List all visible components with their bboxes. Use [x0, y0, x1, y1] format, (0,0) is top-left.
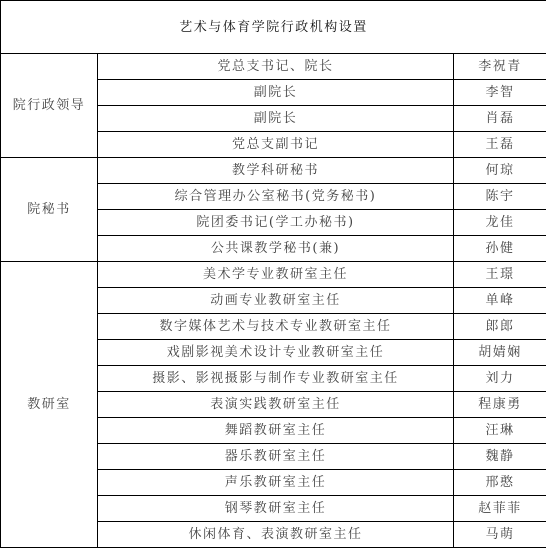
- role-cell: 院团委书记(学工办秘书): [98, 210, 454, 236]
- person-cell: 程康勇: [454, 392, 546, 418]
- person-cell: 汪琳: [454, 418, 546, 444]
- person-cell: 何琼: [454, 158, 546, 184]
- table-row: 教研室 美术学专业教研室主任 王璟: [1, 262, 546, 288]
- person-cell: 王磊: [454, 132, 546, 158]
- role-cell: 数字媒体艺术与技术专业教研室主任: [98, 314, 454, 340]
- person-cell: 马萌: [454, 522, 546, 548]
- role-cell: 声乐教研室主任: [98, 470, 454, 496]
- person-cell: 孙健: [454, 236, 546, 262]
- org-structure-document: 艺术与体育学院行政机构设置 院行政领导 党总支书记、院长 李祝青 副院长 李智 …: [0, 0, 546, 548]
- role-cell: 戏剧影视美术设计专业教研室主任: [98, 340, 454, 366]
- person-cell: 单峰: [454, 288, 546, 314]
- person-cell: 李智: [454, 80, 546, 106]
- role-cell: 公共课教学秘书(兼): [98, 236, 454, 262]
- person-cell: 胡婧娴: [454, 340, 546, 366]
- role-cell: 党总支书记、院长: [98, 54, 454, 80]
- table-row: 院秘书 教学科研秘书 何琼: [1, 158, 546, 184]
- person-cell: 郎郎: [454, 314, 546, 340]
- person-cell: 龙佳: [454, 210, 546, 236]
- person-cell: 刘力: [454, 366, 546, 392]
- person-cell: 赵菲菲: [454, 496, 546, 522]
- role-cell: 舞蹈教研室主任: [98, 418, 454, 444]
- person-cell: 王璟: [454, 262, 546, 288]
- role-cell: 器乐教研室主任: [98, 444, 454, 470]
- role-cell: 综合管理办公室秘书(党务秘书): [98, 184, 454, 210]
- role-cell: 教学科研秘书: [98, 158, 454, 184]
- table-title: 艺术与体育学院行政机构设置: [1, 1, 546, 54]
- role-cell: 美术学专业教研室主任: [98, 262, 454, 288]
- role-cell: 副院长: [98, 106, 454, 132]
- role-cell: 表演实践教研室主任: [98, 392, 454, 418]
- table-row: 院行政领导 党总支书记、院长 李祝青: [1, 54, 546, 80]
- role-cell: 党总支副书记: [98, 132, 454, 158]
- person-cell: 李祝青: [454, 54, 546, 80]
- role-cell: 动画专业教研室主任: [98, 288, 454, 314]
- person-cell: 陈宇: [454, 184, 546, 210]
- role-cell: 副院长: [98, 80, 454, 106]
- org-structure-table: 艺术与体育学院行政机构设置 院行政领导 党总支书记、院长 李祝青 副院长 李智 …: [0, 0, 546, 548]
- person-cell: 肖磊: [454, 106, 546, 132]
- role-cell: 摄影、影视摄影与制作专业教研室主任: [98, 366, 454, 392]
- role-cell: 休闲体育、表演教研室主任: [98, 522, 454, 548]
- group-label-secretaries: 院秘书: [1, 158, 98, 262]
- person-cell: 邢憨: [454, 470, 546, 496]
- role-cell: 钢琴教研室主任: [98, 496, 454, 522]
- group-label-leadership: 院行政领导: [1, 54, 98, 158]
- group-label-teaching-research: 教研室: [1, 262, 98, 548]
- person-cell: 魏静: [454, 444, 546, 470]
